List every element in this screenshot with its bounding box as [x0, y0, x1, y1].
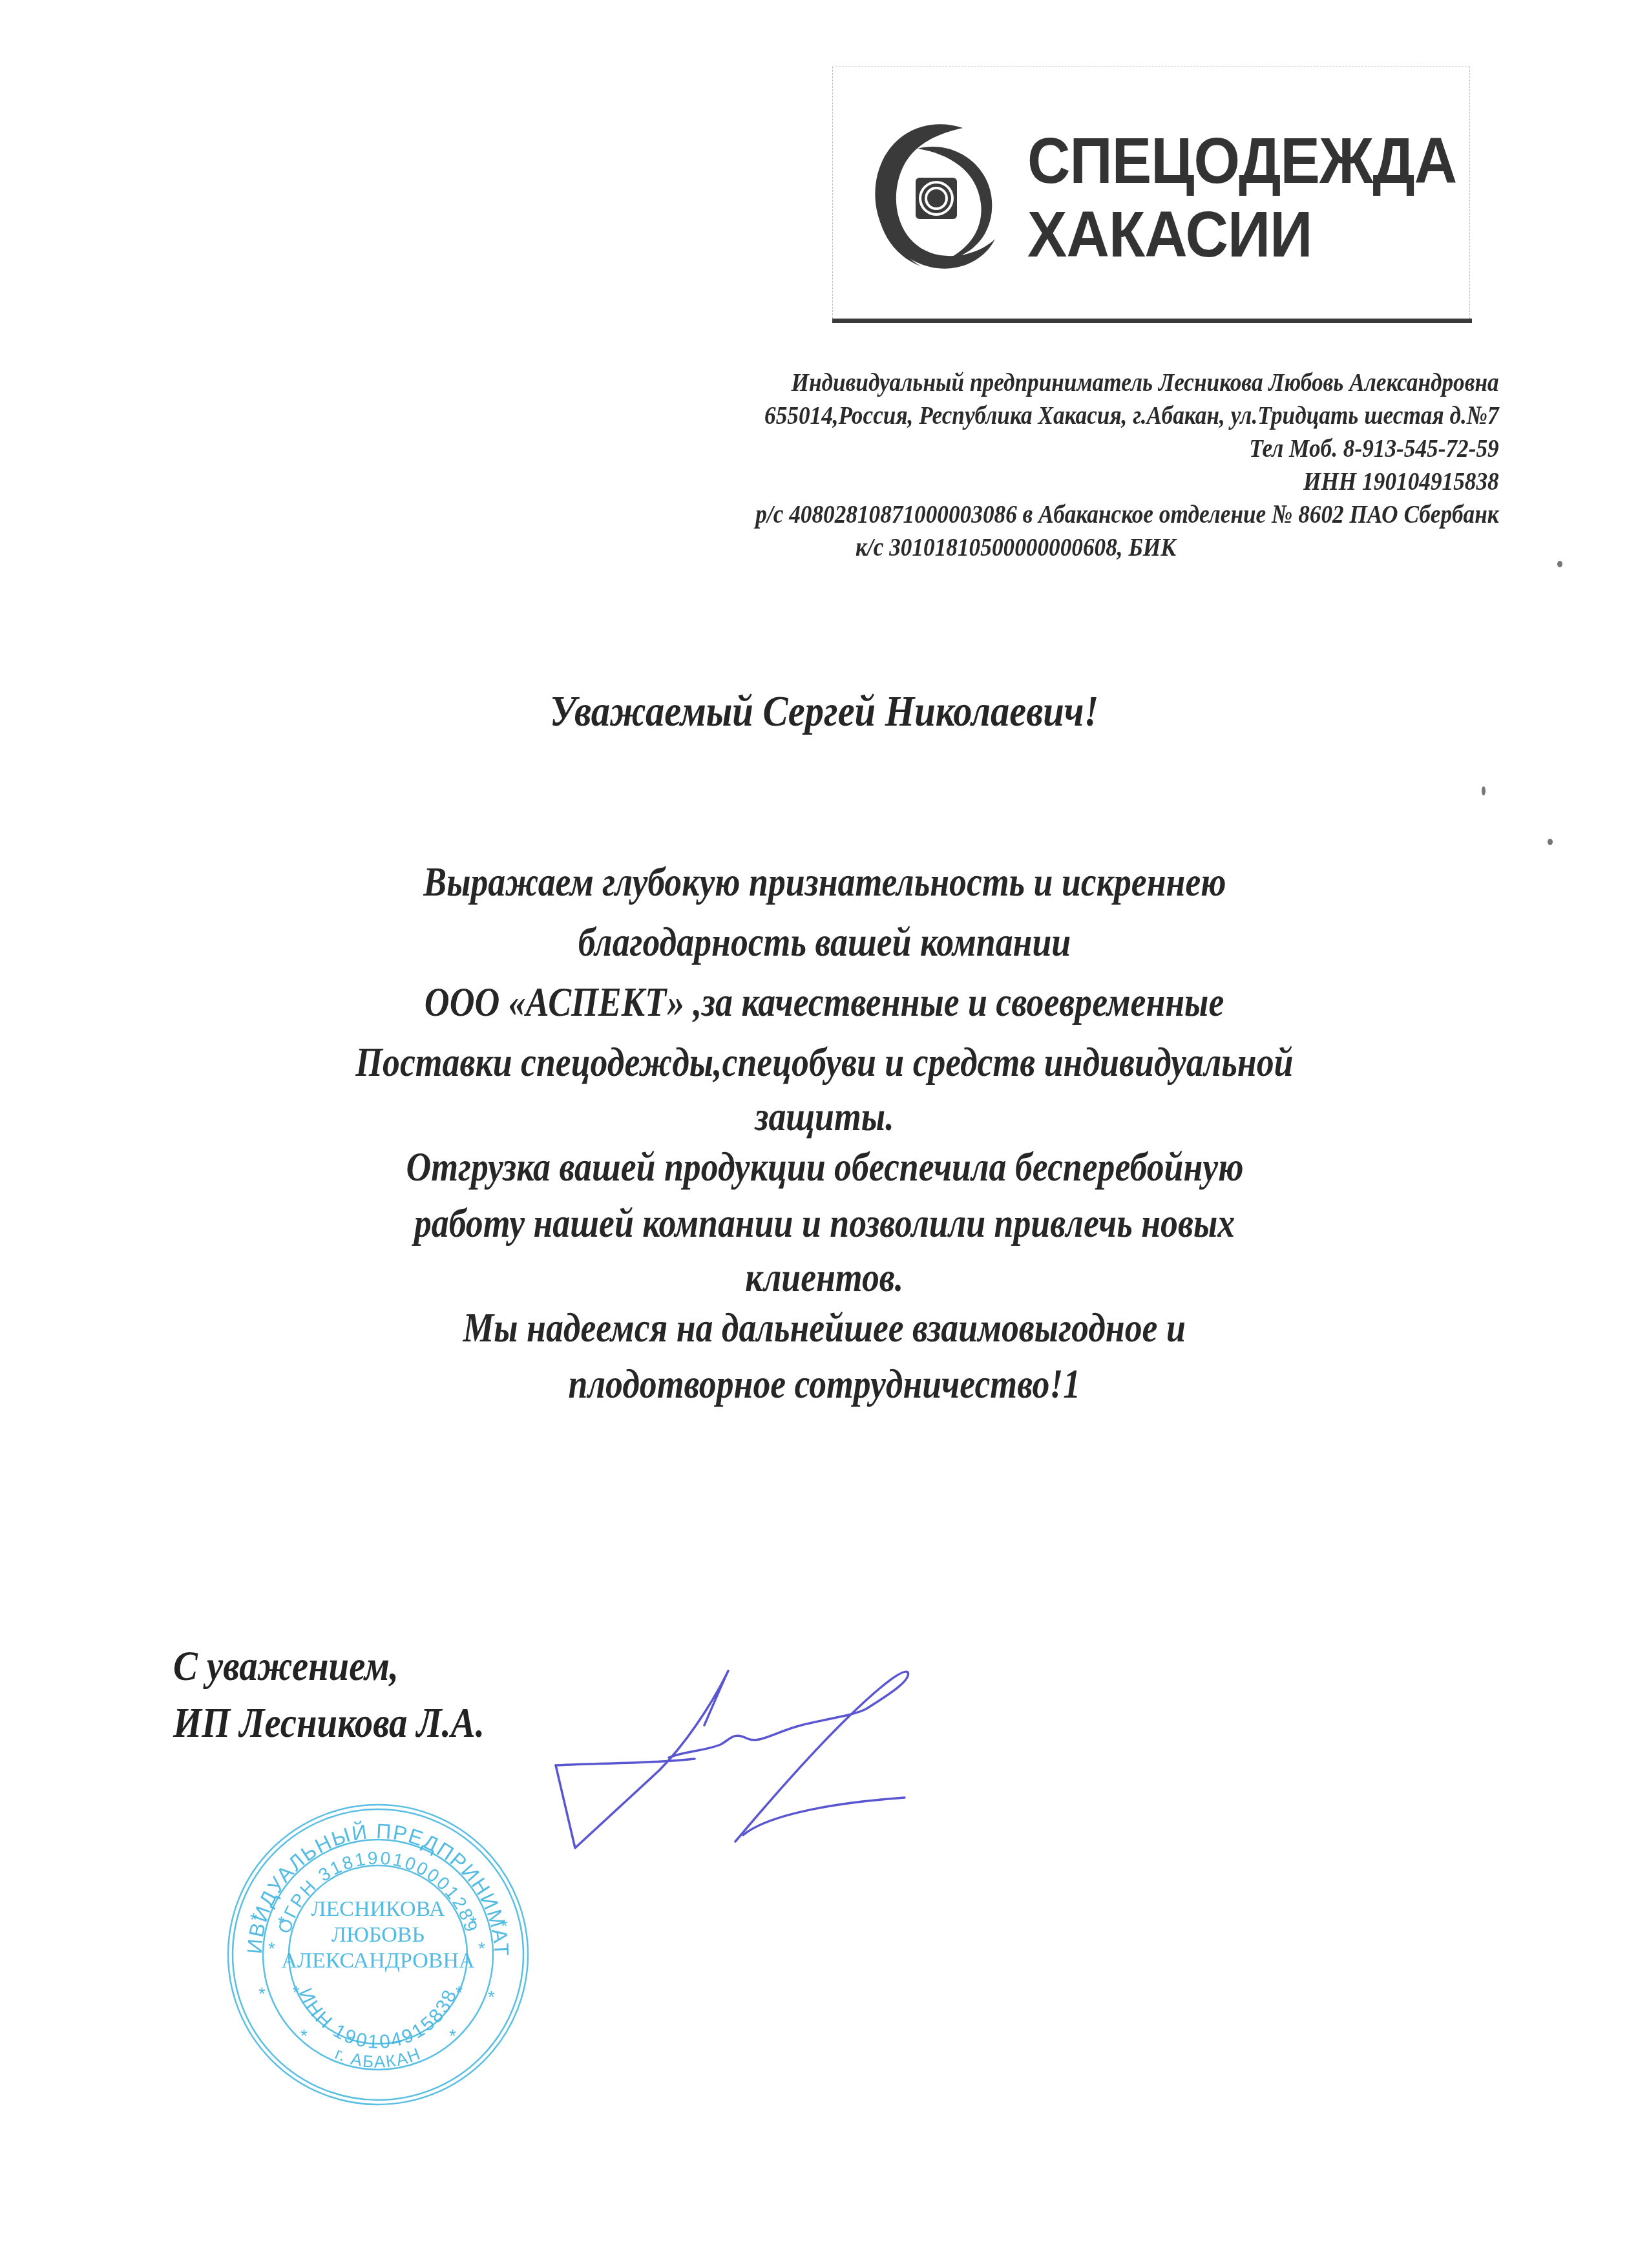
stamp-star-icon: * [470, 1913, 477, 1933]
owner-name: Индивидуальный предприниматель Лесникова… [756, 366, 1499, 399]
body-line: Выражаем глубокую признательность и искр… [0, 852, 1649, 912]
stamp-star-icon: * [300, 2026, 308, 2046]
spiral-emblem-icon [866, 103, 1014, 284]
body-line: защиты. [0, 1092, 1649, 1141]
stamp-star-icon: * [456, 1982, 463, 2002]
body-line-text: клиентов. [746, 1253, 904, 1302]
stamp-star-icon: * [501, 1916, 508, 1936]
closing: С уважением, ИП Лесникова Л.А. [173, 1638, 485, 1752]
body-line: Мы надеемся на дальнейшее взаимовыгодное… [0, 1302, 1649, 1354]
handwritten-signature [530, 1654, 918, 1861]
stamp-star-icon: * [278, 1913, 285, 1933]
body-line-text: плодотворное сотрудничество!1 [569, 1354, 1081, 1414]
body-line: клиентов. [0, 1253, 1649, 1302]
inn: ИНН 19010491583 [1303, 466, 1487, 496]
body-line: Поставки спецодежды,спецобуви и средств … [0, 1032, 1649, 1092]
scan-speck [1548, 839, 1553, 845]
company-logo-text: СПЕЦОДЕЖДА ХАКАСИИ [1027, 124, 1456, 271]
stamp-first-name: ЛЮБОВЬ [331, 1923, 425, 1947]
correspondent-account: к/с 30101810500000000608, БИК [756, 530, 1499, 563]
address: 655014,Россия, Республика Хакасия, г.Аба… [756, 399, 1499, 432]
letter-body: Выражаем глубокую признательность и искр… [0, 852, 1649, 1414]
bank-account: р/с 40802810871000003086 в Абаканское от… [756, 498, 1499, 530]
company-requisites: Индивидуальный предприниматель Лесникова… [756, 366, 1499, 563]
inn-last-digit: 8 [1487, 466, 1499, 496]
scan-speck [1482, 786, 1486, 795]
stamp-star-icon: * [478, 1938, 485, 1958]
stamp-star-icon: * [268, 1938, 275, 1958]
stamp-surname: ЛЕСНИКОВА [311, 1897, 445, 1921]
stamp-star-icon: * [258, 1984, 266, 2004]
body-line-text: ООО «АСПЕКТ» ,за качественные и своеврем… [425, 972, 1224, 1032]
stamp-star-icon: * [250, 1909, 257, 1929]
body-line-text: Поставки спецодежды,спецобуви и средств … [355, 1032, 1293, 1092]
svg-text:ИНН 190104915838: ИНН 190104915838 [294, 1985, 461, 2053]
logo-underline [832, 319, 1472, 323]
phone: Тел Моб. 8-913-545-72-59 [756, 432, 1499, 465]
inn-line: ИНН 190104915838 [756, 465, 1499, 498]
body-line-text: работу нашей компании и позволили привле… [414, 1193, 1235, 1253]
body-line-text: Мы надеемся на дальнейшее взаимовыгодное… [463, 1302, 1186, 1354]
body-line: Отгрузка вашей продукции обеспечила бесп… [0, 1141, 1649, 1193]
stamp-star-icon: * [449, 2026, 456, 2046]
company-seal: ИНДИВИДУАЛЬНЫЙ ПРЕДПРИНИМАТЕЛЬ ОГРН 3181… [216, 1793, 540, 2116]
body-line: ООО «АСПЕКТ» ,за качественные и своеврем… [0, 972, 1649, 1032]
stamp-star-icon: * [488, 1987, 495, 2007]
greeting: Уважаемый Сергей Николаевич! [0, 685, 1649, 737]
body-line: благодарность вашей компании [0, 912, 1649, 972]
stamp-patronymic: АЛЕКСАНДРОВНА [281, 1949, 475, 1973]
signatory-name: ИП Лесникова Л.А. [173, 1695, 485, 1752]
stamp-inn: ИНН 190104915838 [294, 1985, 461, 2053]
closing-salutation: С уважением, [173, 1638, 485, 1695]
body-line-text: Выражаем глубокую признательность и искр… [423, 852, 1226, 912]
body-line: плодотворное сотрудничество!1 [0, 1354, 1649, 1414]
body-line: работу нашей компании и позволили привле… [0, 1193, 1649, 1253]
logo-line-2: ХАКАСИИ [1027, 198, 1456, 271]
body-line-text: защиты. [755, 1092, 894, 1141]
body-line-text: благодарность вашей компании [578, 912, 1071, 972]
logo-line-1: СПЕЦОДЕЖДА [1027, 124, 1456, 198]
stamp-star-icon: * [293, 1982, 300, 2002]
body-line-text: Отгрузка вашей продукции обеспечила бесп… [406, 1141, 1243, 1193]
greeting-text: Уважаемый Сергей Николаевич! [550, 685, 1098, 737]
scan-speck [1557, 561, 1562, 567]
